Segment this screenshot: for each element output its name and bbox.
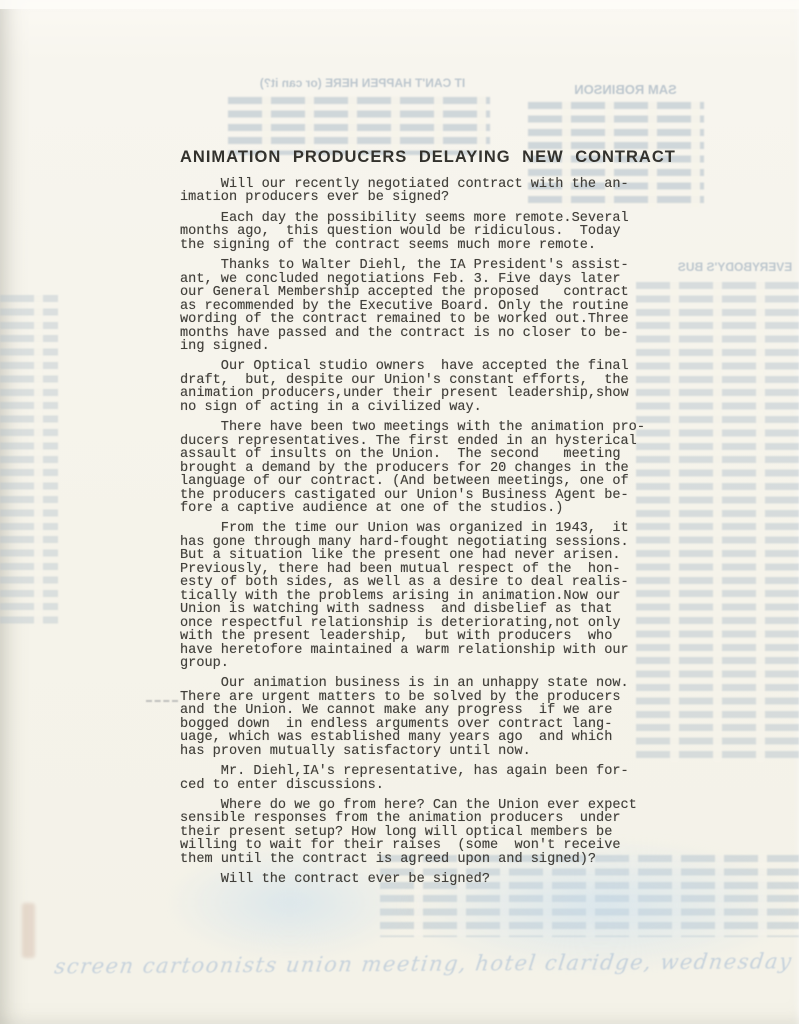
scan-edge-top [0,0,799,9]
scanned-newsletter-page: IT CAN'T HAPPEN HERE (or can it?) SAM RO… [0,0,799,1024]
article-paragraph: Our Optical studio owners have accepted … [180,360,652,414]
article-paragraph: Each day the possibility seems more remo… [180,212,652,252]
bleedthrough-heading-right: SAM ROBINSON [548,82,703,97]
bleedthrough-right-column [636,282,799,762]
edge-smudge [22,903,35,958]
article-paragraph: Our animation business is in an unhappy … [180,677,652,758]
bleedthrough-paragraph-center [228,97,490,155]
article-paragraph: Thanks to Walter Diehl, the IA President… [180,259,652,353]
bleedthrough-heading-right-column: EVERYBODY'S BUS [630,260,799,274]
article-paragraph: Will the contract ever be signed? [180,873,652,886]
article: ANIMATION PRODUCERS DELAYING NEW CONTRAC… [180,148,652,894]
bleedthrough-left-margin [0,295,58,625]
article-paragraph: From the time our Union was organized in… [180,522,652,670]
article-paragraph: Mr. Diehl,IA's representative, has again… [180,765,652,792]
article-paragraph: There have been two meetings with the an… [180,421,652,515]
handwritten-note: screen cartoonists union meeting, hotel … [53,949,797,978]
article-title: ANIMATION PRODUCERS DELAYING NEW CONTRAC… [180,148,652,167]
bleedthrough-heading-center: IT CAN'T HAPPEN HERE (or can it?) [235,76,490,90]
pencil-dash-mark [146,700,178,702]
article-paragraph: Will our recently negotiated contract wi… [180,178,652,205]
article-paragraph: Where do we go from here? Can the Union … [180,799,652,866]
